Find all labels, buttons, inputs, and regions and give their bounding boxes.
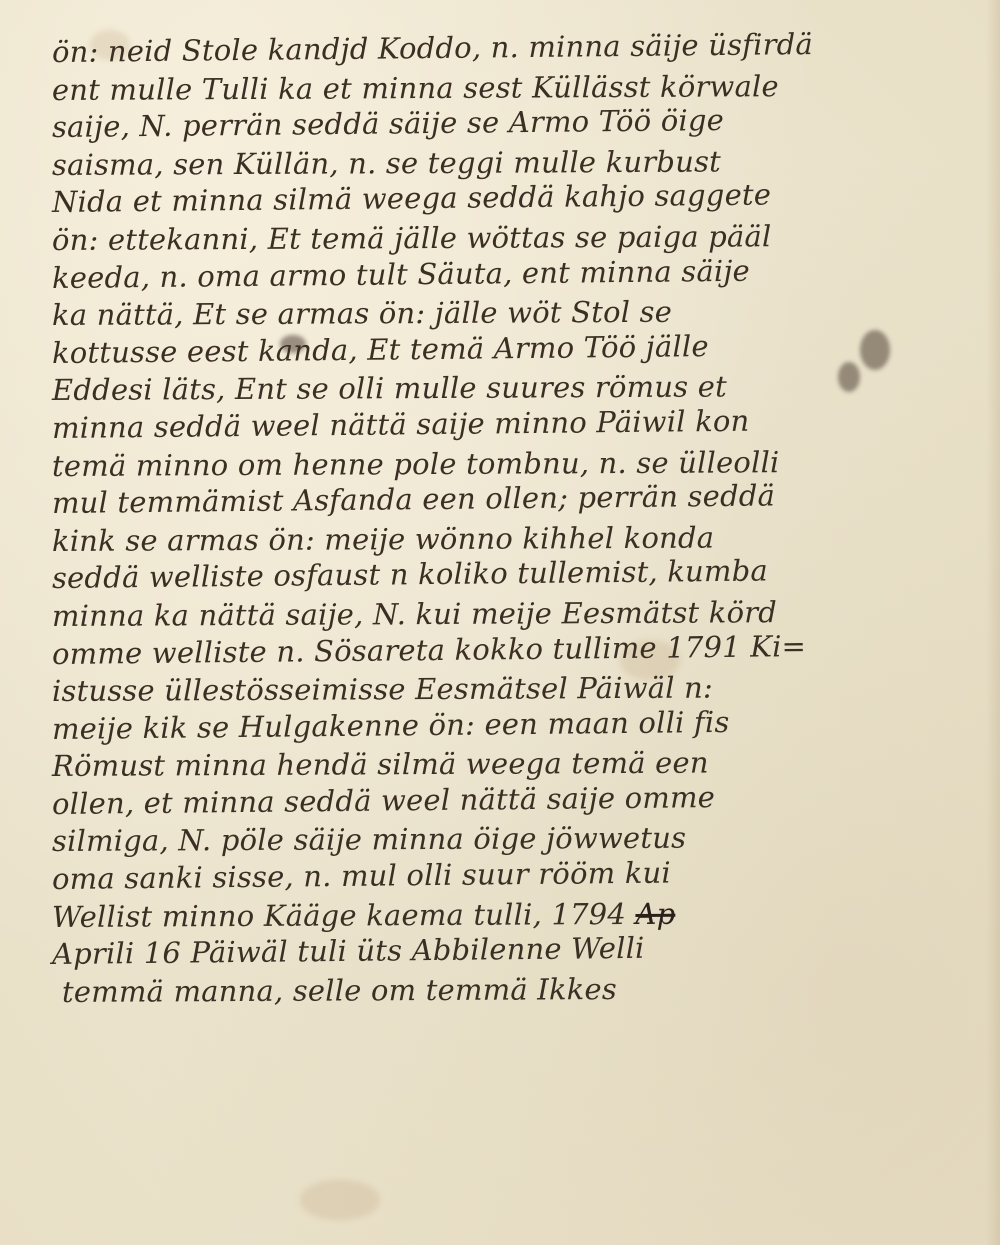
foxing-stain [300, 1180, 380, 1220]
manuscript-text: ön: neid Stole kandjd Koddo, n. minna sä… [52, 34, 972, 1011]
text-line-25: Aprili 16 Päiwäl tuli üts Abbilenne Well… [52, 927, 972, 974]
text-line-5: Nida et minna silmä weega seddä kahjo sa… [52, 175, 972, 222]
text-line-1: ön: neid Stole kandjd Koddo, n. minna sä… [52, 24, 972, 71]
text-line-26: temmä manna, selle om temmä Ikkes [52, 969, 972, 1011]
text-line-13: mul temmämist Asfanda een ollen; perrän … [52, 475, 972, 522]
struck-out-text: Ap [635, 896, 675, 930]
manuscript-page: ön: neid Stole kandjd Koddo, n. minna sä… [0, 0, 1000, 1245]
text-line-3: saije, N. perrän seddä säije se Armo Töö… [52, 100, 972, 147]
text-line-24-main: Wellist minno Kääge kaema tulli, 1794 [52, 897, 626, 934]
text-line-15: seddä welliste osfaust n koliko tullemis… [52, 551, 972, 598]
paper-edge-shading [986, 0, 1000, 1245]
